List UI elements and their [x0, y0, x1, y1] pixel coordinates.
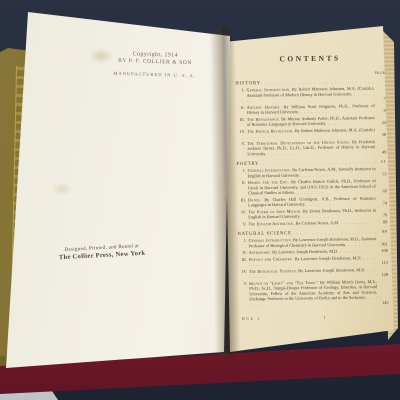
entry-title: Astronomy.: [249, 250, 272, 255]
signature-mark: HCL 1: [242, 316, 261, 321]
section-page: 51: [375, 159, 386, 164]
dot-leader: [346, 241, 375, 246]
dot-leader: [326, 120, 355, 125]
section-name: NATURAL SCIENCE: [237, 231, 291, 237]
contents-page: CONTENTS PAGE HISTORY I. General Introdu…: [235, 54, 389, 321]
contents-section: NATURAL SCIENCE 99 I. General Introducti…: [237, 229, 388, 307]
contents-entry: III. Dante. By Charles Hall Grandgent, A…: [237, 195, 387, 208]
dot-leader: [266, 150, 295, 155]
entry-page: 89: [376, 219, 387, 224]
entry-number: II.: [236, 105, 247, 116]
entry-page: 79: [376, 212, 387, 217]
copyright-block: Copyright, 1914 BY P. F. COLLIER & SON M…: [96, 50, 215, 79]
dot-leader: [259, 159, 375, 166]
entry-body: General Introduction. By Carleton Noyes,…: [248, 166, 376, 178]
section-name: HISTORY: [235, 81, 261, 86]
entry-description: By Robert Matteson Johnston, M.A. (Canta…: [295, 127, 375, 133]
dot-leader: [339, 219, 368, 224]
entry-number: III.: [238, 257, 249, 268]
contents-entry: III. The Renaissance. By Murray Anthony …: [236, 115, 386, 128]
contents-entry: V. The English Anthology. By Carleton No…: [237, 219, 387, 226]
entry-body: Homer and the Epic. By Charles Burton Gu…: [248, 178, 376, 196]
open-book-photo: Copyright, 1914 BY P. F. COLLIER & SON M…: [0, 0, 400, 400]
entry-body: General Introduction. By Robert Matteson…: [246, 86, 374, 104]
entry-page: 128: [377, 272, 388, 277]
entry-number: I.: [238, 238, 249, 249]
entry-page: 24: [375, 120, 386, 125]
contents-entry: IV. The French Revolution. By Robert Mat…: [236, 127, 386, 140]
entry-description: By Carleton Noyes, A.M.: [296, 220, 340, 226]
contents-entry: V. The Territorial Development of the Un…: [236, 139, 386, 157]
contents-entry: II. Ancient History. By William Scott Fe…: [236, 103, 386, 116]
entry-page: 145: [377, 300, 388, 305]
contents-entry: II. Homer and the Epic. By Charles Burto…: [237, 178, 387, 196]
entry-page: 38: [375, 132, 386, 137]
entry-page: 7: [375, 96, 386, 101]
dot-leader: [261, 79, 375, 86]
entry-body: Astronomy. By Lawrence Joseph Henderson,…: [249, 248, 377, 255]
contents-entry: I. General Introduction. By Carleton Noy…: [237, 166, 387, 179]
section-entries: I. General Introduction. By Robert Matte…: [235, 85, 386, 156]
entry-number: III.: [236, 117, 247, 128]
section-entries: I. General Introduction. By Lawrence Jos…: [238, 236, 389, 307]
entry-body: Physics and Chemistry. By Lawrence Josep…: [249, 255, 377, 267]
entry-number: V.: [237, 221, 248, 226]
dot-leader: [300, 213, 329, 218]
contents-entry: IV. The Biological Sciences. By Lawrence…: [238, 267, 388, 280]
contents-section: HISTORY I. General Introduction. By Robe…: [235, 78, 386, 156]
entry-number: V.: [238, 281, 249, 307]
entry-page: 9: [375, 108, 386, 113]
entry-page: 69: [376, 188, 387, 193]
section-name: POETRY: [236, 161, 259, 166]
entry-body: Dante. By Charles Hall Grandgent, A.B., …: [248, 195, 376, 207]
entry-body: The French Revolution. By Robert Matteso…: [247, 127, 375, 139]
dot-leader: [338, 248, 367, 253]
dot-leader: [306, 201, 335, 206]
section-page: 99: [376, 229, 387, 234]
dot-leader: [292, 229, 377, 235]
entry-title: The English Anthology.: [248, 220, 294, 226]
contents-entry: V. Kelvin on "Light" and "The Tides." By…: [238, 279, 388, 307]
contents-entry: I. General Introduction. By Lawrence Jos…: [238, 236, 388, 249]
entry-body: The Renaissance. By Murray Anthony Potte…: [247, 115, 375, 127]
entry-description: By Lawrence Joseph Henderson, M.D.: [295, 255, 362, 261]
entry-page: 74: [376, 200, 387, 205]
entry-body: The Biological Sciences. By Lawrence Jos…: [249, 267, 377, 279]
page-column-label: PAGE: [235, 70, 385, 77]
foxing-spot: [52, 182, 72, 196]
contents-title: CONTENTS: [235, 54, 385, 65]
dot-leader: [295, 189, 324, 194]
entry-page: 108: [377, 248, 388, 253]
entry-page: 53: [376, 171, 387, 176]
entry-page: 113: [377, 260, 388, 265]
entry-number: IV.: [237, 209, 248, 220]
entry-body: The Poems of John Milton. By Ernest Bern…: [248, 207, 376, 219]
entry-number: IV.: [236, 129, 247, 140]
entry-number: III.: [237, 197, 248, 208]
entry-number: II.: [238, 250, 249, 255]
contents-section: POETRY 51 I. General Introduction. By Ca…: [236, 159, 387, 227]
entry-body: The Territorial Development of the Unite…: [247, 139, 375, 157]
contents-entry: III. Physics and Chemistry. By Lawrence …: [238, 255, 388, 268]
entry-body: Ancient History. By William Scott Fergus…: [247, 103, 375, 115]
entry-description: By Lawrence Joseph Henderson, M.D.: [298, 267, 365, 273]
entry-number: I.: [237, 168, 248, 179]
entry-number: IV.: [238, 269, 249, 280]
entry-body: Kelvin on "Light" and "The Tides." By Wi…: [249, 279, 377, 307]
entry-page: 49: [375, 149, 386, 154]
section-entries: I. General Introduction. By Carleton Noy…: [237, 166, 388, 227]
contents-entry: IV. The Poems of John Milton. By Ernest …: [237, 207, 387, 220]
contents-entry: I. General Introduction. By Robert Matte…: [235, 85, 385, 103]
entry-body: General Introduction. By Lawrence Joseph…: [249, 236, 377, 248]
dot-leader: [299, 109, 328, 114]
entry-page: 101: [377, 241, 388, 246]
entry-body: The English Anthology. By Carleton Noyes…: [248, 219, 376, 226]
dot-leader: [300, 172, 329, 177]
contents-sections: HISTORY I. General Introduction. By Robe…: [235, 78, 388, 307]
entry-title: Physics and Chemistry.: [249, 256, 294, 262]
entry-number: V.: [236, 141, 247, 157]
entry-number: I.: [235, 87, 246, 103]
entry-description: By Lawrence Joseph Henderson, M.D.: [272, 249, 338, 255]
entry-number: II.: [237, 180, 248, 196]
